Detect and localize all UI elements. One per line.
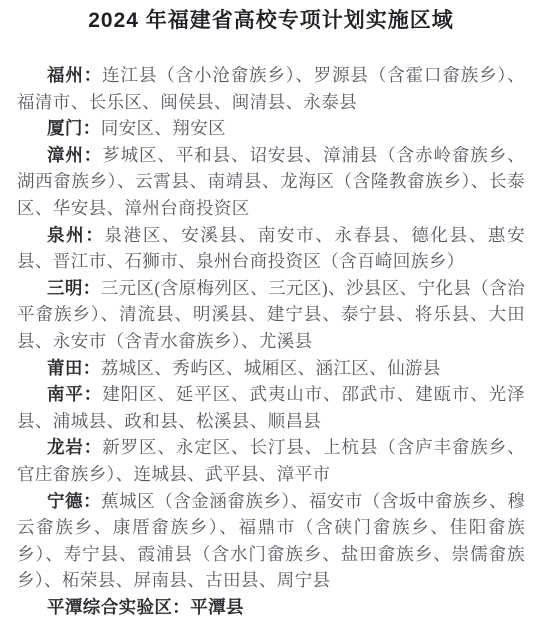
region-paragraph-pingtan: 平潭综合实验区：平潭县 <box>17 594 525 621</box>
document-page: 2024 年福建省高校专项计划实施区域 福州：连江县（含小沧畲族乡）、罗源县（含… <box>0 0 540 626</box>
city-label: 三明： <box>47 278 101 298</box>
city-label: 南平： <box>47 384 102 404</box>
city-label: 莆田： <box>47 358 101 378</box>
region-paragraph-zhangzhou: 漳州：芗城区、平和县、诏安县、漳浦县（含赤岭畲族乡、湖西畲族乡）、云霄县、南靖县… <box>17 142 525 222</box>
region-paragraph-longyan: 龙岩：新罗区、永定区、长汀县、上杭县（含庐丰畲族乡、官庄畲族乡）、连城县、武平县… <box>17 434 525 487</box>
document-title: 2024 年福建省高校专项计划实施区域 <box>17 6 525 36</box>
region-paragraph-fuzhou: 福州：连江县（含小沧畲族乡）、罗源县（含霍口畲族乡）、福清市、长乐区、闽侯县、闽… <box>17 62 525 115</box>
region-paragraph-putian: 莆田：荔城区、秀屿区、城厢区、涵江区、仙游县 <box>17 355 525 382</box>
city-label: 泉州： <box>47 225 105 245</box>
city-label: 漳州： <box>47 145 102 165</box>
city-regions: 同安区、翔安区 <box>101 118 226 138</box>
region-paragraph-xiamen: 厦门：同安区、翔安区 <box>17 115 525 142</box>
region-paragraph-quanzhou: 泉州：泉港区、安溪县、南安市、永春县、德化县、惠安县、晋江市、石狮市、泉州台商投… <box>17 222 525 275</box>
city-label: 龙岩： <box>47 437 102 457</box>
city-label: 宁德： <box>47 491 101 511</box>
city-label: 厦门： <box>47 118 101 138</box>
region-paragraph-sanming: 三明：三元区(含原梅列区、三元区)、沙县区、宁化县（含治平畲族乡）、清流县、明溪… <box>17 275 525 355</box>
city-regions: 荔城区、秀屿区、城厢区、涵江区、仙游县 <box>101 358 441 378</box>
city-regions: 平潭县 <box>190 597 244 617</box>
region-paragraph-nanping: 南平：建阳区、延平区、武夷山市、邵武市、建瓯市、光泽县、浦城县、政和县、松溪县、… <box>17 381 525 434</box>
city-label: 平潭综合实验区： <box>47 597 190 617</box>
region-paragraph-ningde: 宁德：蕉城区（含金涵畲族乡）、福安市（含坂中畲族乡、穆云畲族乡、康厝畲族乡）、福… <box>17 488 525 594</box>
city-label: 福州： <box>47 65 102 85</box>
